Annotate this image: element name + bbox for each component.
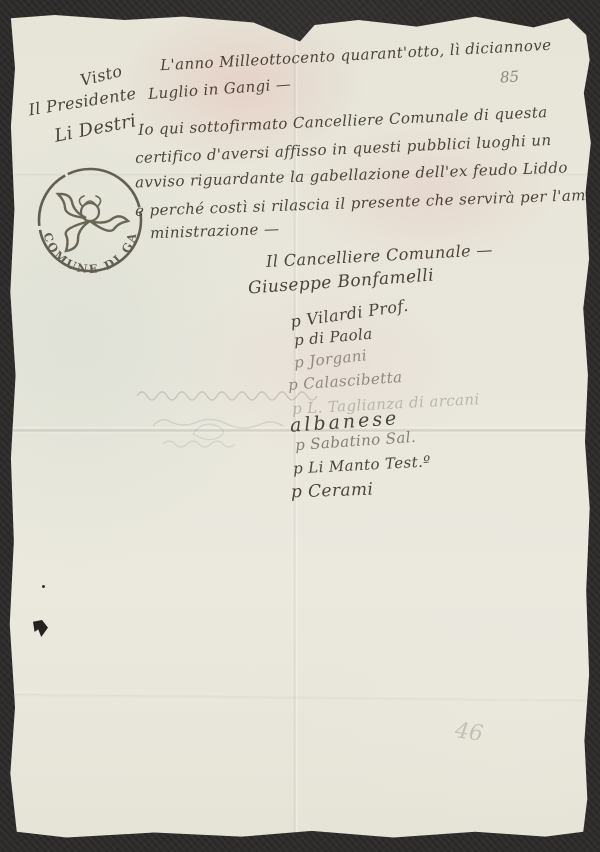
witness-signature: p di Paola (293, 327, 373, 349)
show-through-scribbles (133, 382, 328, 466)
president-signature: Li Destri (53, 112, 138, 145)
witness-signature: p Vilardi Prof. (289, 298, 409, 330)
trinacria-icon: COMUNE DI GANGI (30, 160, 150, 280)
paper-tear-hole (33, 620, 48, 637)
faint-pencil-mark: 46 (453, 718, 484, 747)
document-paper: Visto Il Presidente Li Destri COMUNE DI … (8, 10, 592, 840)
body-line-3: avviso riguardante la gabellazione dell'… (135, 160, 568, 190)
witness-signature: p Jorgani (293, 348, 367, 371)
photo-of-document: { "photo": { "subject": "aged handwritte… (0, 0, 600, 852)
body-line-4: e perché costì si rilascia il presente c… (135, 188, 586, 219)
page-number: 85 (499, 67, 519, 86)
body-line-5: ministrazione — (150, 222, 280, 242)
visto-annotation: Visto (79, 63, 124, 89)
witness-signature: p Cerami (291, 482, 374, 502)
closing-title: Il Cancelliere Comunale — (266, 242, 493, 270)
fold-crease-lower (8, 692, 592, 703)
ink-speck (42, 585, 45, 588)
municipal-stamp: COMUNE DI GANGI (30, 160, 150, 280)
chancellor-signature: Giuseppe Bonfamelli (248, 268, 435, 298)
date-line: L'anno Milleottocento quarant'otto, lì d… (160, 38, 552, 73)
place-line: Luglio in Gangi — (148, 77, 292, 102)
